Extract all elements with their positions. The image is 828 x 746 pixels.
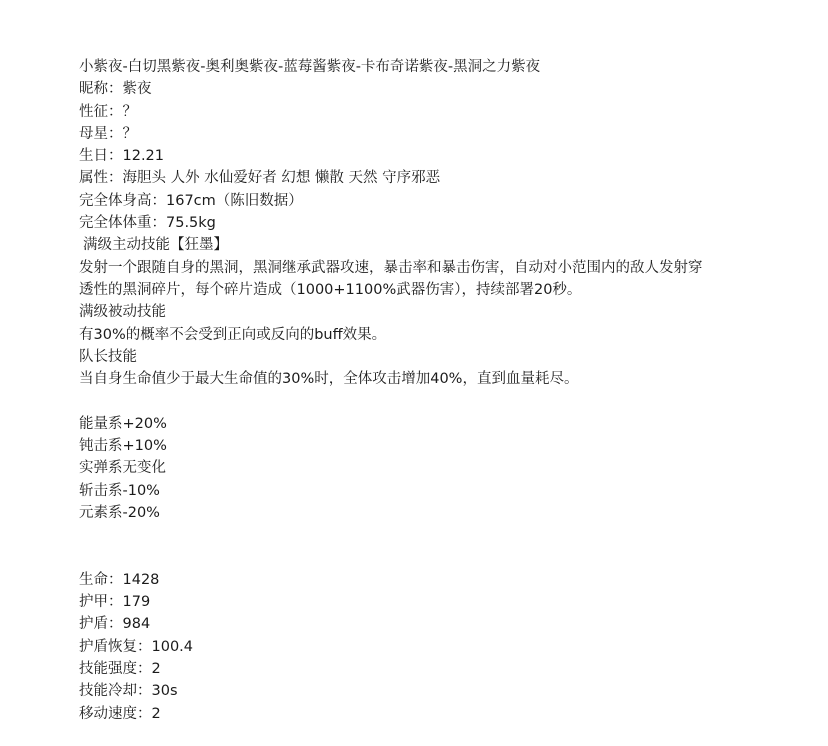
modifier-slash: 斩击系-10% bbox=[79, 480, 779, 502]
stat-shield-regen: 护盾恢复：100.4 bbox=[79, 636, 779, 658]
stats-list: 生命：1428 护甲：179 护盾：984 护盾恢复：100.4 技能强度：2 … bbox=[79, 569, 779, 725]
stat-health: 生命：1428 bbox=[79, 569, 779, 591]
weight-line: 完全体体重：75.5kg bbox=[79, 212, 779, 234]
modifier-ballistic: 实弹系无变化 bbox=[79, 457, 779, 479]
passive-skill-desc: 有30%的概率不会受到正向或反向的buff效果。 bbox=[79, 324, 779, 346]
modifier-elemental: 元素系-20% bbox=[79, 502, 779, 524]
active-skill-title: 满级主动技能【狂墨】 bbox=[79, 234, 779, 256]
character-profile-document: 小紫夜-白切黑紫夜-奥利奥紫夜-蓝莓酱紫夜-卡布奇诺紫夜-黑洞之力紫夜 昵称：紫… bbox=[79, 56, 779, 725]
nickname-line: 昵称：紫夜 bbox=[79, 78, 779, 100]
birthday-line: 生日：12.21 bbox=[79, 145, 779, 167]
height-line: 完全体身高：167cm（陈旧数据） bbox=[79, 190, 779, 212]
leader-skill-title: 队长技能 bbox=[79, 346, 779, 368]
stat-skill-cooldown: 技能冷却：30s bbox=[79, 680, 779, 702]
passive-skill-title: 满级被动技能 bbox=[79, 301, 779, 323]
leader-skill-desc: 当自身生命值少于最大生命值的30%时，全体攻击增加40%，直到血量耗尽。 bbox=[79, 368, 779, 390]
modifier-blunt: 钝击系+10% bbox=[79, 435, 779, 457]
spacer bbox=[79, 547, 779, 569]
document-title: 小紫夜-白切黑紫夜-奥利奥紫夜-蓝莓酱紫夜-卡布奇诺紫夜-黑洞之力紫夜 bbox=[79, 56, 779, 78]
damage-modifiers-list: 能量系+20% 钝击系+10% 实弹系无变化 斩击系-10% 元素系-20% bbox=[79, 413, 779, 524]
home-star-line: 母星：？ bbox=[79, 123, 779, 145]
stat-shield: 护盾：984 bbox=[79, 613, 779, 635]
stat-armor: 护甲：179 bbox=[79, 591, 779, 613]
stat-move-speed: 移动速度：2 bbox=[79, 703, 779, 725]
spacer bbox=[79, 524, 779, 546]
modifier-energy: 能量系+20% bbox=[79, 413, 779, 435]
gender-line: 性征：？ bbox=[79, 101, 779, 123]
attributes-line: 属性：海胆头 人外 水仙爱好者 幻想 懒散 天然 守序邪恶 bbox=[79, 167, 779, 189]
stat-skill-power: 技能强度：2 bbox=[79, 658, 779, 680]
active-skill-desc-line-2: 透性的黑洞碎片，每个碎片造成（1000+1100%武器伤害），持续部署20秒。 bbox=[79, 279, 779, 301]
active-skill-desc-line-1: 发射一个跟随自身的黑洞，黑洞继承武器攻速，暴击率和暴击伤害，自动对小范围内的敌人… bbox=[79, 257, 779, 279]
spacer bbox=[79, 390, 779, 412]
